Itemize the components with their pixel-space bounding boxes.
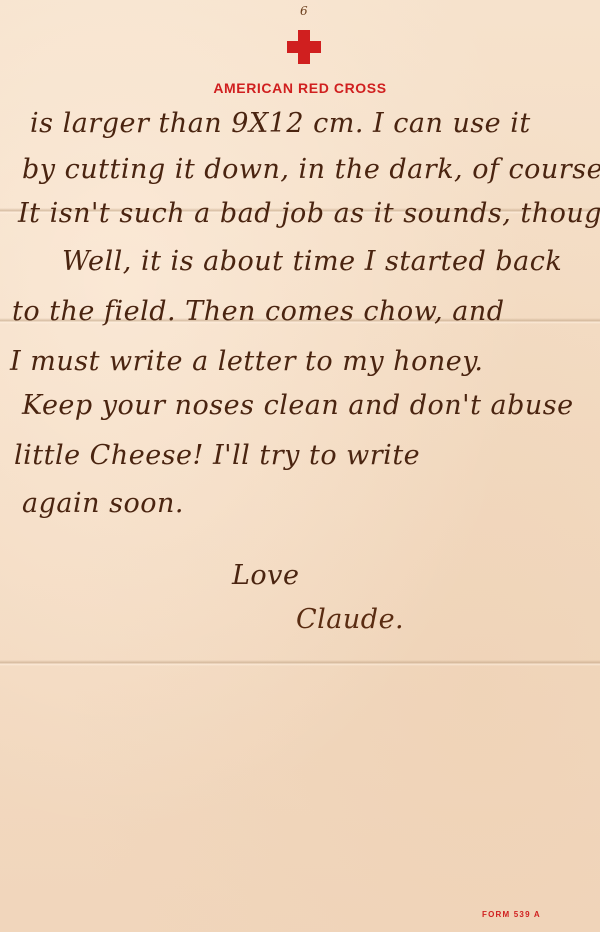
red-cross-icon [287, 30, 321, 64]
letter-line: by cutting it down, in the dark, of cour… [22, 154, 600, 185]
letter-line: little Cheese! I'll try to write [14, 440, 420, 471]
paper-fold-line [0, 660, 600, 666]
letter-closing: Love [232, 560, 299, 591]
letter-line: is larger than 9X12 cm. I can use it [30, 108, 531, 139]
letter-line: Well, it is about time I started back [62, 246, 562, 277]
form-number: FORM 539 A [482, 910, 541, 919]
letter-line: I must write a letter to my honey. [10, 346, 483, 377]
letter-line: It isn't such a bad job as it sounds, th… [18, 198, 600, 229]
letter-line: again soon. [22, 488, 184, 519]
letterhead-title: AMERICAN RED CROSS [0, 80, 600, 96]
page-number: 6 [300, 4, 308, 18]
letter-signature: Claude. [296, 604, 404, 635]
letter-line: to the field. Then comes chow, and [12, 296, 505, 327]
letter-page: 6 AMERICAN RED CROSS is larger than 9X12… [0, 0, 600, 932]
letter-line: Keep your noses clean and don't abuse [22, 390, 574, 421]
